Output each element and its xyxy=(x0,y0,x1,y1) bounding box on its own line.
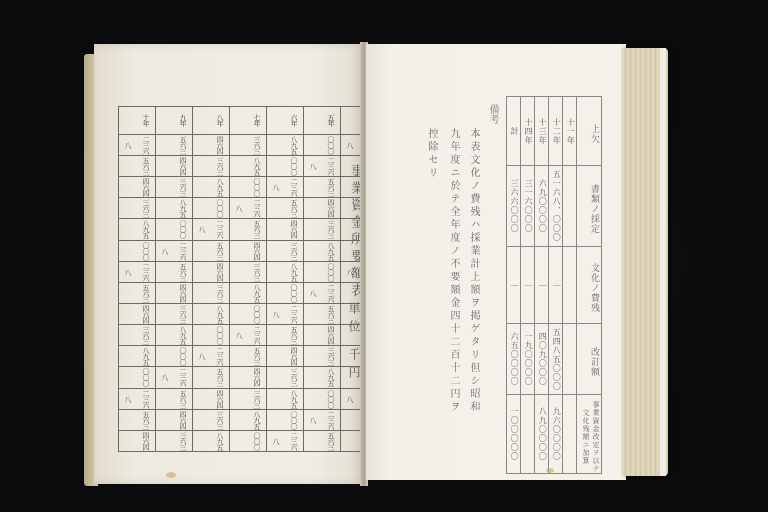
table-cell: 〇〇〇 xyxy=(119,367,156,388)
table-cell: 四六四 xyxy=(304,325,341,346)
table-cell: 一〇〇〇〇〇 xyxy=(507,395,521,474)
table-cell: 八九五 xyxy=(267,134,304,155)
table-cell: 〇〇〇 xyxy=(304,261,341,282)
row-label: 文化ノ費残 xyxy=(577,247,602,324)
table-cell: 五六三 xyxy=(304,430,341,451)
table-cell: ｜ xyxy=(535,247,549,324)
table-cell: 三六三 xyxy=(156,177,193,198)
table-cell: 二三六八 xyxy=(304,282,341,303)
remarks-label: 備考 xyxy=(485,104,500,124)
table-cell: 二三六八 xyxy=(119,388,156,409)
table-cell: 三六三 xyxy=(193,409,230,430)
table-cell: 五六三 xyxy=(193,240,230,261)
table-cell: 三六三 xyxy=(230,388,267,409)
table-row: 三六六〇〇〇 三一六〇〇〇 六九〇〇〇〇 五一六八、〇〇〇 書類ノ採定 xyxy=(507,166,602,247)
table-cell: 〇〇〇 xyxy=(230,177,267,198)
table-cell: 〇〇〇 xyxy=(193,198,230,219)
column-header: 十三年 xyxy=(535,97,549,166)
table-cell: 三六六〇〇〇 xyxy=(507,166,521,247)
column-header: 十四年 xyxy=(521,97,535,166)
paper-stain xyxy=(166,472,176,478)
table-cell: ｜ xyxy=(521,247,535,324)
header-label: 上欠 xyxy=(577,97,602,166)
table-cell xyxy=(563,247,577,324)
table-cell: 四六四 xyxy=(193,388,230,409)
table-cell: 五六三 xyxy=(193,367,230,388)
column-header: 七年 xyxy=(230,107,267,135)
table-row: 一〇〇〇〇〇 八九〇〇〇〇 九六〇〇〇〇 事業資金改定ヲ以テ文化残額ニ加算 xyxy=(507,395,602,474)
table-cell: 八九五 xyxy=(267,388,304,409)
left-page: 十年 九年 八年 七年 六年 五年 四年 三年 二年 昭和元年 年度 二三六八五… xyxy=(94,44,364,484)
table-cell: 六五〇〇〇〇 xyxy=(507,324,521,395)
table-cell: 八九五 xyxy=(230,155,267,176)
table-row: 六五〇〇〇〇 一九〇〇〇〇 四〇九〇〇〇 五四八五〇〇〇 改訂額 xyxy=(507,324,602,395)
table-cell: 九六〇〇〇〇 xyxy=(549,395,563,474)
table-cell: 八九五 xyxy=(304,367,341,388)
table-cell: 四〇九〇〇〇 xyxy=(535,324,549,395)
table-cell: 二三六八 xyxy=(230,198,267,219)
table-cell: 五六三 xyxy=(156,261,193,282)
table-cell: 三六三 xyxy=(304,346,341,367)
table-cell: 三六三 xyxy=(267,240,304,261)
table-cell: 三六三 xyxy=(267,367,304,388)
table-cell: 五六三 xyxy=(304,303,341,324)
table-cell: ｜ xyxy=(507,247,521,324)
table-cell: 四六四 xyxy=(304,198,341,219)
column-header: 十二年 xyxy=(549,97,563,166)
table-cell: 二三六八 xyxy=(193,219,230,240)
column-header: 九年 xyxy=(156,107,193,135)
table-cell: 八九五 xyxy=(119,346,156,367)
table-cell: 三六三 xyxy=(119,198,156,219)
column-header: 五年 xyxy=(304,107,341,135)
table-cell: 三六三 xyxy=(156,303,193,324)
table-cell: ｜ xyxy=(549,247,563,324)
table-cell: 四六四 xyxy=(119,303,156,324)
remarks-block: 備考 本表文化ノ費残ハ採業計上額ヲ掲ゲタリ但シ昭和 九年度ニ於テ全年度ノ不要額金… xyxy=(412,104,502,444)
table-cell: 五六三 xyxy=(119,282,156,303)
table-cell: 八九五 xyxy=(267,261,304,282)
table-cell: 〇〇〇 xyxy=(304,388,341,409)
right-page: 計 十四年 十三年 十二年 十一年 上欠 三六六〇〇〇 三一六〇〇〇 六九〇〇〇… xyxy=(366,44,626,480)
table-cell: 四六四 xyxy=(267,219,304,240)
table-cell: 五六三 xyxy=(304,177,341,198)
table-cell: 四六四 xyxy=(119,430,156,451)
table-cell: 〇〇〇 xyxy=(230,303,267,324)
back-cover-edge xyxy=(660,48,666,476)
table-cell: 五六三 xyxy=(230,346,267,367)
table-cell: 〇〇〇 xyxy=(193,325,230,346)
table-cell: 三六三 xyxy=(193,282,230,303)
table-cell: 八九〇〇〇〇 xyxy=(535,395,549,474)
table-cell xyxy=(563,395,577,474)
row-label: 事業資金改定ヲ以テ文化残額ニ加算 xyxy=(577,395,602,474)
table-cell: 四六四 xyxy=(193,134,230,155)
table-cell: 二三六八 xyxy=(267,303,304,324)
table-cell: 八九五 xyxy=(119,219,156,240)
table-cell: 三六三 xyxy=(304,219,341,240)
table-cell: 五六三 xyxy=(267,325,304,346)
table-cell: 〇〇〇 xyxy=(267,409,304,430)
row-label: 改訂額 xyxy=(577,324,602,395)
table-cell: 二三六八 xyxy=(119,261,156,282)
table-cell: 三六三 xyxy=(119,325,156,346)
remarks-line: 控除セリ xyxy=(424,128,438,180)
table-cell: 二三六八 xyxy=(267,430,304,451)
table-cell: 三六三 xyxy=(230,261,267,282)
table-cell: 三一六〇〇〇 xyxy=(521,166,535,247)
table-cell: 二三六八 xyxy=(267,177,304,198)
table-cell: 五一六八、〇〇〇 xyxy=(549,166,563,247)
table-cell: 五六三 xyxy=(267,198,304,219)
table-cell: 二三六八 xyxy=(119,134,156,155)
table-cell: 四六四 xyxy=(156,155,193,176)
table-cell: 五六三 xyxy=(119,155,156,176)
column-header: 十年 xyxy=(119,107,156,135)
table-cell: 五六三 xyxy=(230,219,267,240)
table-cell: 八九五 xyxy=(230,282,267,303)
table-cell: 三六三 xyxy=(156,430,193,451)
table-cell: 八九五 xyxy=(230,409,267,430)
table-cell: 〇〇〇 xyxy=(267,155,304,176)
row-label: 書類ノ採定 xyxy=(577,166,602,247)
paper-stain xyxy=(546,468,554,473)
column-header: 六年 xyxy=(267,107,304,135)
table-cell: 五六三 xyxy=(156,134,193,155)
table-cell: 五六三 xyxy=(156,388,193,409)
table-cell: 二三六八 xyxy=(230,325,267,346)
table-cell: 〇〇〇 xyxy=(304,134,341,155)
table-cell: 〇〇〇 xyxy=(156,219,193,240)
table-cell: 八九五 xyxy=(304,240,341,261)
table-cell: 八九五 xyxy=(193,177,230,198)
column-header: 計 xyxy=(507,97,521,166)
table-cell: 二三六八 xyxy=(304,155,341,176)
column-header: 十一年 xyxy=(563,97,577,166)
table-cell: 〇〇〇 xyxy=(119,240,156,261)
table-cell xyxy=(521,395,535,474)
table-cell: 四六四 xyxy=(119,177,156,198)
table-cell: 八九五 xyxy=(156,198,193,219)
open-ledger-book: 十年 九年 八年 七年 六年 五年 四年 三年 二年 昭和元年 年度 二三六八五… xyxy=(84,42,674,490)
table-cell: 四六四 xyxy=(193,261,230,282)
table-cell: 四六四 xyxy=(156,409,193,430)
remarks-line: 九年度ニ於テ全年度ノ不要額金四十二百十二円ヲ xyxy=(446,128,460,414)
table-cell: 〇〇〇 xyxy=(267,282,304,303)
table-cell: 四六四 xyxy=(230,240,267,261)
table-cell: 八九五 xyxy=(193,430,230,451)
table-cell: 二三六八 xyxy=(304,409,341,430)
table-cell: 二三六八 xyxy=(156,240,193,261)
table-cell: 四六四 xyxy=(230,367,267,388)
table-row: ｜ ｜ ｜ ｜ 文化ノ費残 xyxy=(507,247,602,324)
table-cell: 三六三 xyxy=(193,155,230,176)
table-cell xyxy=(563,166,577,247)
table-cell: 三六三 xyxy=(230,134,267,155)
table-cell: 二三六八 xyxy=(193,346,230,367)
table-cell: 四六四 xyxy=(156,282,193,303)
table-cell: 〇〇〇 xyxy=(230,430,267,451)
table-cell: 八九五 xyxy=(156,325,193,346)
table-cell: 六九〇〇〇〇 xyxy=(535,166,549,247)
table-cell: 四六四 xyxy=(267,346,304,367)
table-cell: 一九〇〇〇〇 xyxy=(521,324,535,395)
remarks-line: 本表文化ノ費残ハ採業計上額ヲ掲ゲタリ但シ昭和 xyxy=(466,128,480,414)
table-cell: 二三六八 xyxy=(156,367,193,388)
budget-detail-table: 計 十四年 十三年 十二年 十一年 上欠 三六六〇〇〇 三一六〇〇〇 六九〇〇〇… xyxy=(506,96,602,474)
table-header-row: 計 十四年 十三年 十二年 十一年 上欠 xyxy=(507,97,602,166)
table-cell xyxy=(563,324,577,395)
table-cell: 五六三 xyxy=(119,409,156,430)
table-cell: 八九五 xyxy=(193,303,230,324)
column-header: 八年 xyxy=(193,107,230,135)
table-cell: 〇〇〇 xyxy=(156,346,193,367)
table-cell: 五四八五〇〇〇 xyxy=(549,324,563,395)
